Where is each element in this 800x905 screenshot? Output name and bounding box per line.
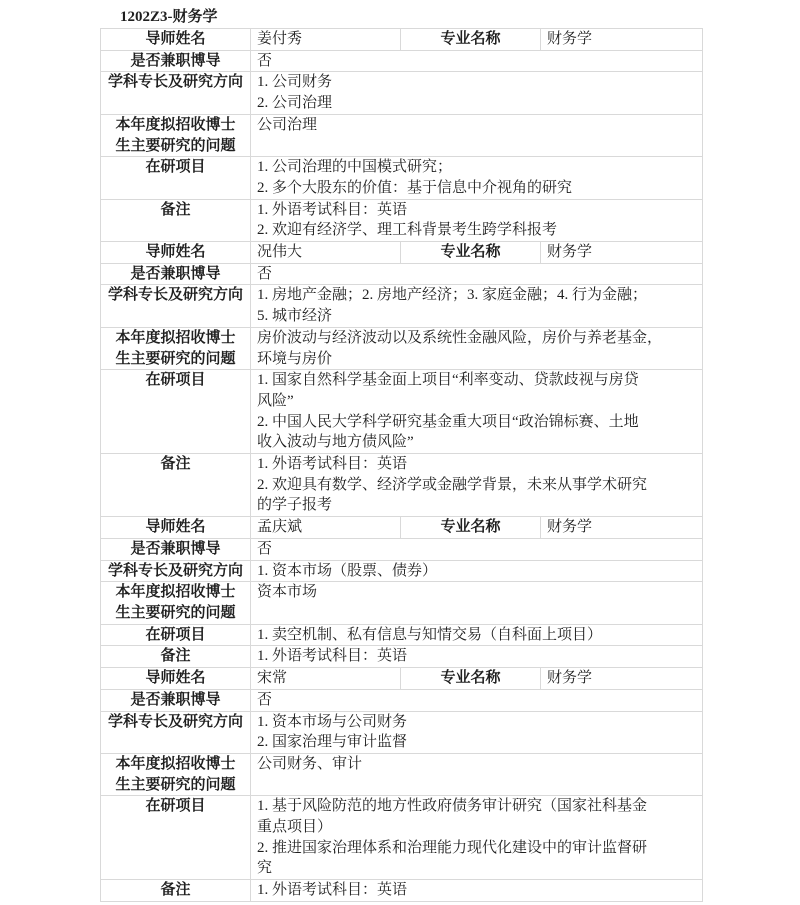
supervisor-research-row: 本年度拟招收博士 生主要研究的问题公司治理 [101,114,703,156]
label-major-name: 专业名称 [401,29,541,51]
expertise-value: 1. 房地产金融；2. 房地产经济；3. 家庭金融；4. 行为金融； 5. 城市… [251,285,703,327]
supervisor-parttime-row: 是否兼职博导否 [101,538,703,560]
notes-value: 1. 外语考试科目：英语 [251,880,703,902]
label-research: 本年度拟招收博士 生主要研究的问题 [101,327,251,369]
supervisor-name-value: 况伟大 [251,242,401,264]
supervisor-research-row: 本年度拟招收博士 生主要研究的问题公司财务、审计 [101,753,703,795]
research-value: 资本市场 [251,582,703,624]
supervisor-table-body: 导师姓名姜付秀专业名称财务学是否兼职博导否学科专长及研究方向1. 公司财务 2.… [101,29,703,902]
label-notes: 备注 [101,646,251,668]
label-projects: 在研项目 [101,796,251,880]
supervisor-research-row: 本年度拟招收博士 生主要研究的问题资本市场 [101,582,703,624]
supervisor-projects-row: 在研项目1. 卖空机制、私有信息与知情交易（自科面上项目） [101,624,703,646]
supervisor-parttime-row: 是否兼职博导否 [101,263,703,285]
projects-value: 1. 国家自然科学基金面上项目“利率变动、贷款歧视与房贷 风险” 2. 中国人民… [251,370,703,454]
notes-value: 1. 外语考试科目：英语 2. 欢迎有经济学、理工科背景考生跨学科报考 [251,199,703,241]
label-major-name: 专业名称 [401,242,541,264]
label-notes: 备注 [101,199,251,241]
label-major-name: 专业名称 [401,517,541,539]
supervisor-projects-row: 在研项目1. 基于风险防范的地方性政府债务审计研究（国家社科基金 重点项目） 2… [101,796,703,880]
projects-value: 1. 卖空机制、私有信息与知情交易（自科面上项目） [251,624,703,646]
label-major-name: 专业名称 [401,668,541,690]
label-parttime: 是否兼职博导 [101,689,251,711]
parttime-value: 否 [251,689,703,711]
supervisor-projects-row: 在研项目1. 国家自然科学基金面上项目“利率变动、贷款歧视与房贷 风险” 2. … [101,370,703,454]
label-research: 本年度拟招收博士 生主要研究的问题 [101,114,251,156]
parttime-value: 否 [251,50,703,72]
label-projects: 在研项目 [101,370,251,454]
supervisor-name-row: 导师姓名姜付秀专业名称财务学 [101,29,703,51]
supervisor-parttime-row: 是否兼职博导否 [101,689,703,711]
label-parttime: 是否兼职博导 [101,50,251,72]
supervisor-notes-row: 备注1. 外语考试科目：英语 2. 欢迎具有数学、经济学或金融学背景，未来从事学… [101,454,703,517]
projects-value: 1. 基于风险防范的地方性政府债务审计研究（国家社科基金 重点项目） 2. 推进… [251,796,703,880]
supervisor-expertise-row: 学科专长及研究方向1. 资本市场（股票、债券） [101,560,703,582]
label-supervisor-name: 导师姓名 [101,517,251,539]
research-value: 房价波动与经济波动以及系统性金融风险，房价与养老基金， 环境与房价 [251,327,703,369]
supervisor-name-value: 宋常 [251,668,401,690]
expertise-value: 1. 公司财务 2. 公司治理 [251,72,703,114]
label-expertise: 学科专长及研究方向 [101,72,251,114]
parttime-value: 否 [251,538,703,560]
expertise-value: 1. 资本市场与公司财务 2. 国家治理与审计监督 [251,711,703,753]
supervisor-research-row: 本年度拟招收博士 生主要研究的问题房价波动与经济波动以及系统性金融风险，房价与养… [101,327,703,369]
supervisor-name-row: 导师姓名宋常专业名称财务学 [101,668,703,690]
label-notes: 备注 [101,454,251,517]
supervisor-name-value: 姜付秀 [251,29,401,51]
research-value: 公司财务、审计 [251,753,703,795]
label-supervisor-name: 导师姓名 [101,29,251,51]
supervisor-name-row: 导师姓名孟庆斌专业名称财务学 [101,517,703,539]
notes-value: 1. 外语考试科目：英语 [251,646,703,668]
label-research: 本年度拟招收博士 生主要研究的问题 [101,582,251,624]
label-projects: 在研项目 [101,157,251,199]
major-value: 财务学 [541,517,703,539]
research-value: 公司治理 [251,114,703,156]
major-value: 财务学 [541,668,703,690]
supervisor-projects-row: 在研项目1. 公司治理的中国模式研究； 2. 多个大股东的价值：基于信息中介视角… [101,157,703,199]
document-page: 1202Z3-财务学 导师姓名姜付秀专业名称财务学是否兼职博导否学科专长及研究方… [0,0,800,905]
label-parttime: 是否兼职博导 [101,538,251,560]
label-projects: 在研项目 [101,624,251,646]
label-notes: 备注 [101,880,251,902]
label-expertise: 学科专长及研究方向 [101,711,251,753]
label-research: 本年度拟招收博士 生主要研究的问题 [101,753,251,795]
major-value: 财务学 [541,29,703,51]
projects-value: 1. 公司治理的中国模式研究； 2. 多个大股东的价值：基于信息中介视角的研究 [251,157,703,199]
supervisor-expertise-row: 学科专长及研究方向1. 资本市场与公司财务 2. 国家治理与审计监督 [101,711,703,753]
supervisor-table: 导师姓名姜付秀专业名称财务学是否兼职博导否学科专长及研究方向1. 公司财务 2.… [100,28,703,902]
page-title: 1202Z3-财务学 [120,0,800,28]
label-supervisor-name: 导师姓名 [101,668,251,690]
supervisor-name-row: 导师姓名况伟大专业名称财务学 [101,242,703,264]
supervisor-notes-row: 备注1. 外语考试科目：英语 [101,880,703,902]
label-expertise: 学科专长及研究方向 [101,560,251,582]
supervisor-parttime-row: 是否兼职博导否 [101,50,703,72]
expertise-value: 1. 资本市场（股票、债券） [251,560,703,582]
supervisor-expertise-row: 学科专长及研究方向1. 房地产金融；2. 房地产经济；3. 家庭金融；4. 行为… [101,285,703,327]
label-parttime: 是否兼职博导 [101,263,251,285]
supervisor-notes-row: 备注1. 外语考试科目：英语 2. 欢迎有经济学、理工科背景考生跨学科报考 [101,199,703,241]
supervisor-name-value: 孟庆斌 [251,517,401,539]
major-value: 财务学 [541,242,703,264]
parttime-value: 否 [251,263,703,285]
supervisor-notes-row: 备注1. 外语考试科目：英语 [101,646,703,668]
notes-value: 1. 外语考试科目：英语 2. 欢迎具有数学、经济学或金融学背景，未来从事学术研… [251,454,703,517]
supervisor-expertise-row: 学科专长及研究方向1. 公司财务 2. 公司治理 [101,72,703,114]
label-supervisor-name: 导师姓名 [101,242,251,264]
label-expertise: 学科专长及研究方向 [101,285,251,327]
